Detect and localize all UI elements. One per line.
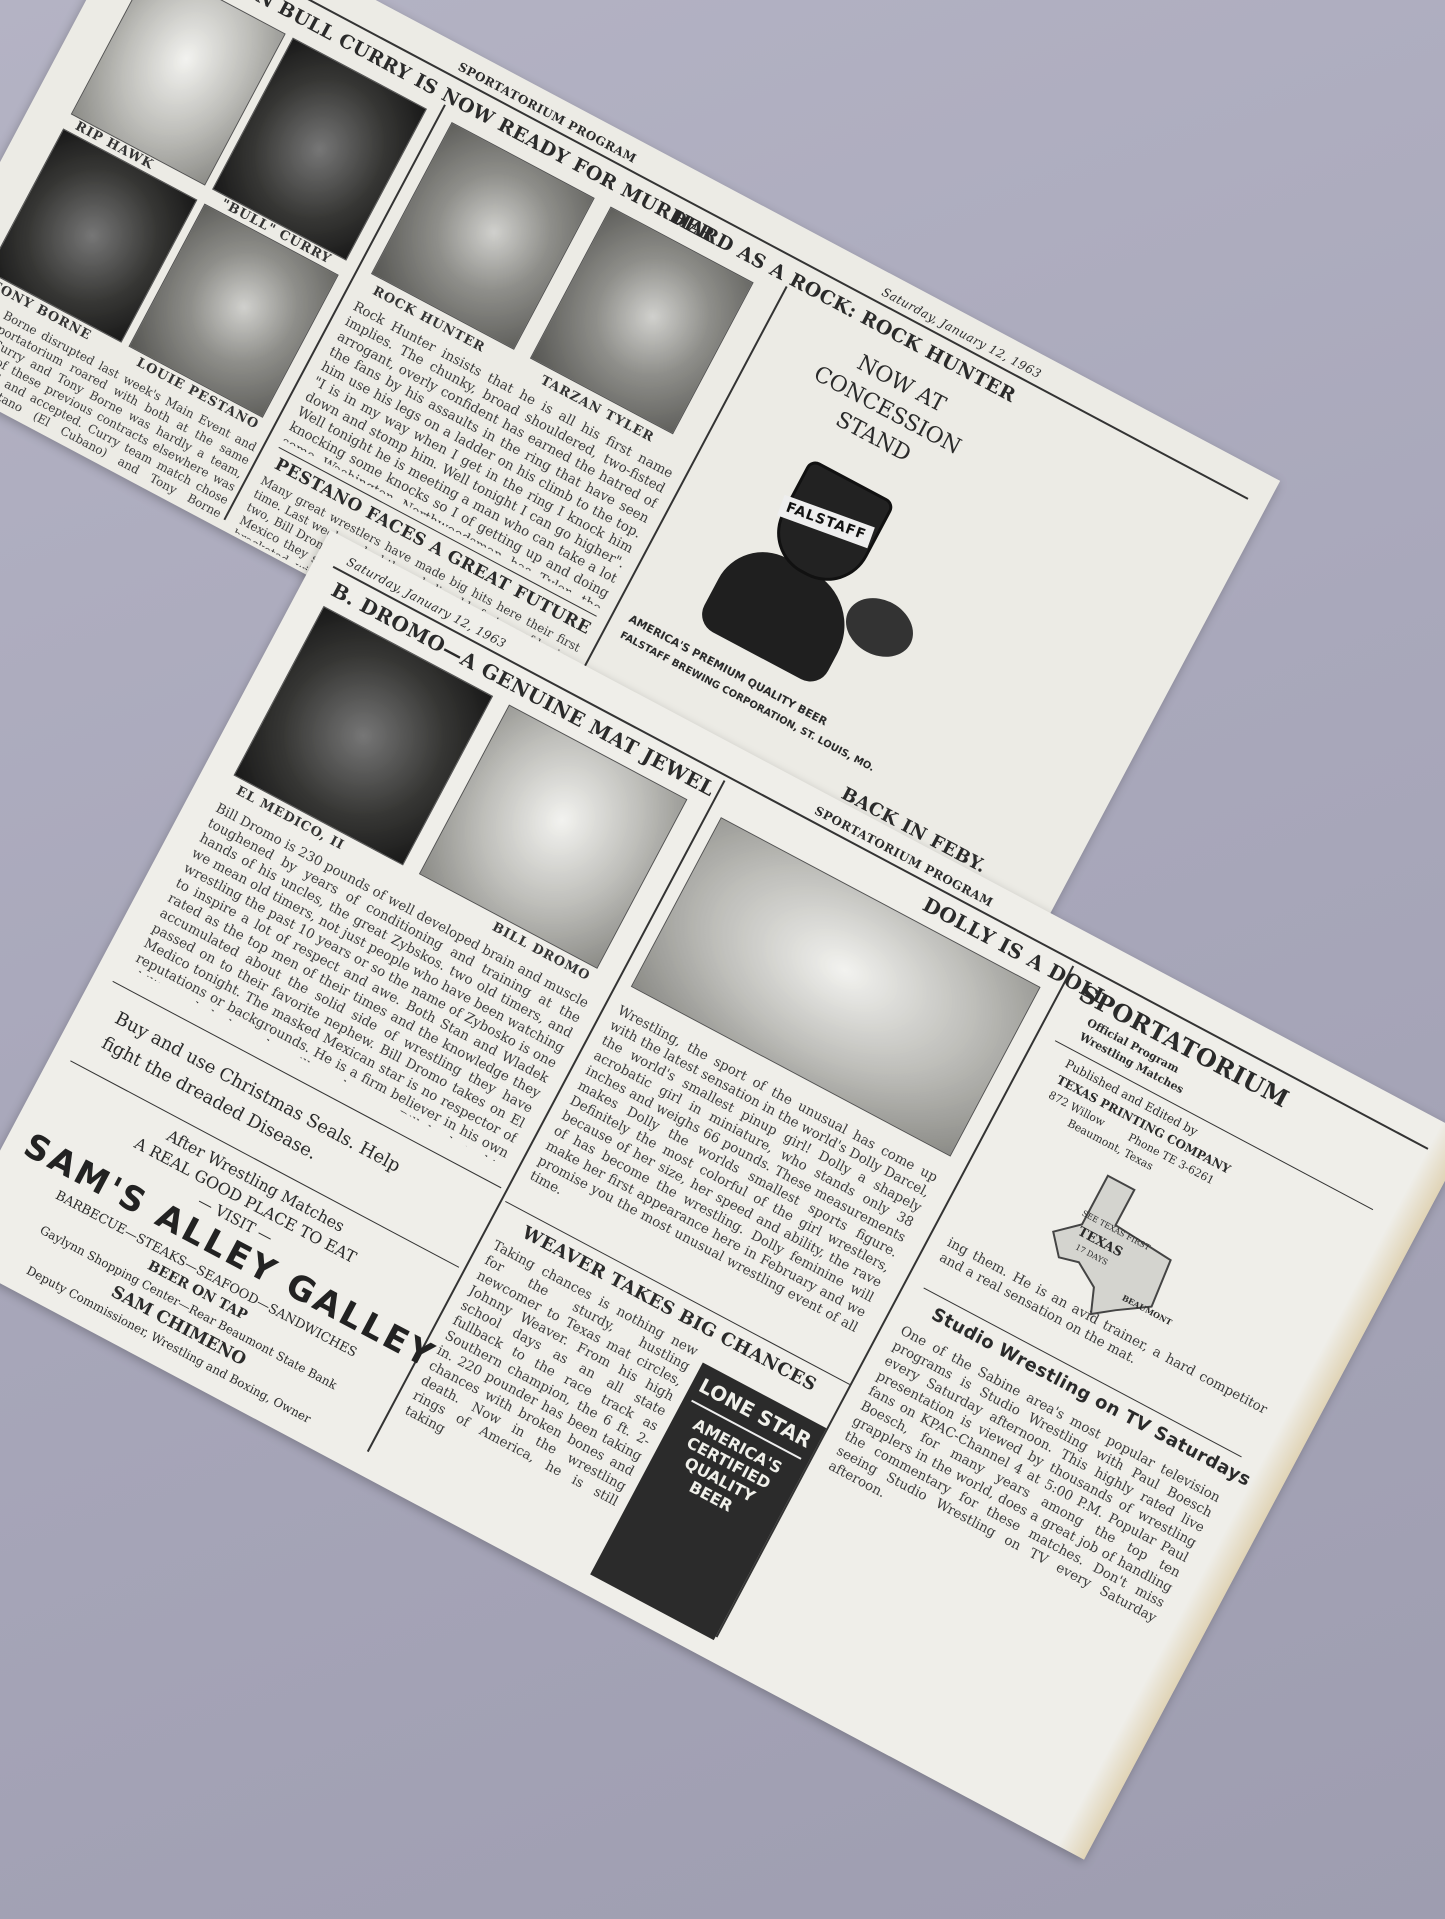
program-spread: Page 2 SPORTATORIUM PROGRAM Saturday, Ja… [0,0,1445,1919]
beer-glass-icon [836,587,924,668]
studio-story: One of the Sabine area's most popular te… [731,1323,1223,1819]
